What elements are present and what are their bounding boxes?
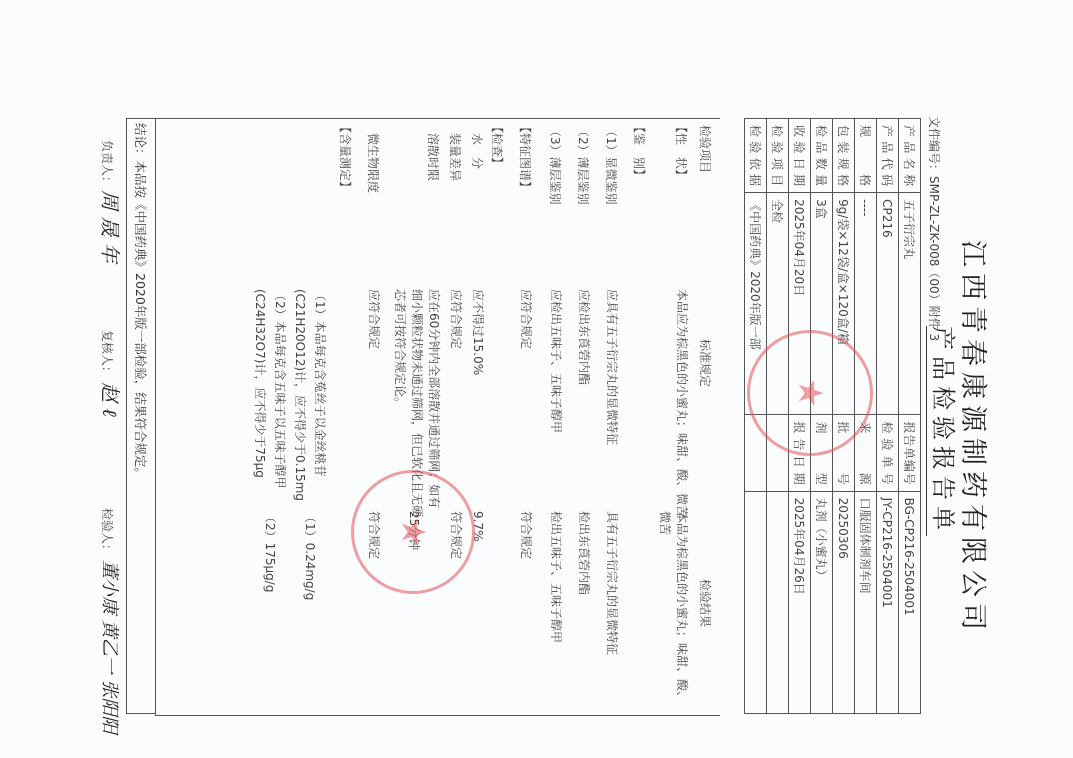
header-value: CP216	[877, 193, 899, 415]
header-value: 2025年04月26日	[789, 491, 811, 713]
section-character: 【性 状】	[673, 121, 690, 181]
header-value: 20250306	[833, 491, 855, 713]
standard-text: 应检出五味子、五味子醇甲	[547, 289, 564, 549]
standard-text: 应检出东莨菪内酯	[575, 289, 592, 549]
header-label: 检验单号	[877, 415, 899, 491]
responsible-signature: 周 晟 年	[97, 190, 126, 263]
reviewer-label: 复核人：	[99, 330, 116, 378]
header-row: 产品名称五子衍宗丸报告单编号BG-CP216-2504001	[899, 119, 921, 714]
header-label: 检品数量	[811, 119, 833, 193]
star-icon: ★	[393, 517, 433, 547]
header-label: 规 格	[855, 119, 877, 193]
conclusion: 结论：本品按《中国药典》2020年版一部检验，结果符合规定。	[126, 118, 156, 714]
section-assay: 【含量测定】	[337, 121, 354, 193]
inspection-seal-stamp: ★	[351, 470, 475, 594]
item-label: 水 分	[469, 133, 486, 169]
standard-text: （2）本品每克含五味子以五味子醇甲	[271, 289, 288, 549]
header-row: 产品代码CP216检验单号JY-CP216-2504001	[877, 119, 899, 714]
header-value: 五子衍宗丸	[899, 193, 921, 415]
column-header-item: 检验项目	[697, 125, 714, 173]
section-fingerprint: 【特征图谱】	[517, 121, 534, 193]
header-label: 报告单编号	[899, 415, 921, 491]
report-title: 产品检验报告单	[926, 326, 963, 536]
section-inspection: 【检查】	[489, 121, 506, 169]
responsible-label: 负责人：	[99, 140, 116, 188]
header-label: 收验日期	[789, 119, 811, 193]
header-value	[767, 491, 789, 713]
result-text: 本品为棕黑色的小蜜丸；味甜、酸、微苦	[656, 511, 690, 711]
inspector-label: 检验人：	[99, 508, 116, 556]
header-label: 产品代码	[877, 119, 899, 193]
standard-text: 本品应为棕黑色的小蜜丸；味甜、酸、微苦	[673, 289, 690, 549]
item-label: 微生物限度	[365, 133, 382, 193]
header-label: 产品名称	[899, 119, 921, 193]
result-text: 检出东莨菪内酯	[575, 511, 592, 711]
header-value: 口服固体制剂车间	[855, 491, 877, 713]
header-value: JY-CP216-2504001	[877, 491, 899, 713]
result-text: 具有五子衍宗丸的显微特征	[603, 511, 620, 711]
test-items-table: 检验项目 标准规定 检验结果 【性 状】 本品应为棕黑色的小蜜丸；味甜、酸、微苦…	[155, 118, 720, 716]
standard-text: (C21H20O12)计，应不得少于0.15mg	[291, 289, 308, 549]
document-number: 文件编号：SMP-ZL-ZK-008（00）附件 3	[926, 116, 943, 341]
header-label: 包装规格	[833, 119, 855, 193]
header-value: BG-CP216-2504001	[899, 491, 921, 713]
inspector-signature: 董小康 黄乙一 张阳阳	[98, 560, 124, 733]
item-label: （1）显微鉴别	[603, 125, 620, 205]
header-value: 丸剂（小蜜丸）	[811, 491, 833, 713]
reviewer-signature: 赵 ℓ	[97, 382, 126, 417]
standard-text: （1）本品每克含菟丝子以金丝桃苷	[311, 289, 328, 549]
item-label: 装量差异	[447, 133, 464, 181]
inspection-report-page: 江西青春康源制药有限公司 产品检验报告单 文件编号：SMP-ZL-ZK-008（…	[0, 0, 1073, 758]
star-icon: ★	[790, 378, 830, 408]
item-label: 溶散时限	[425, 133, 442, 181]
header-label: 检验依据	[745, 119, 767, 193]
standard-text: (C24H32O7)计，应不得少于75μg	[251, 289, 268, 549]
column-header-result: 检验结果	[697, 579, 714, 627]
result-text: 符合规定	[517, 511, 534, 711]
section-identification: 【鉴 别】	[631, 121, 648, 181]
header-value	[745, 491, 767, 713]
standard-text: 应符合规定	[517, 289, 534, 549]
company-seal-stamp: ★	[747, 330, 873, 456]
item-label: （3）薄层鉴别	[547, 125, 564, 205]
item-label: （2）薄层鉴别	[575, 125, 592, 205]
standard-text: 应不得过15.0%	[469, 289, 486, 549]
column-header-standard: 标准规定	[697, 339, 714, 387]
result-text: 检出五味子、五味子醇甲	[547, 511, 564, 711]
standard-text: 应具有五子衍宗丸的显微特征	[603, 289, 620, 549]
header-label: 检验项目	[767, 119, 789, 193]
